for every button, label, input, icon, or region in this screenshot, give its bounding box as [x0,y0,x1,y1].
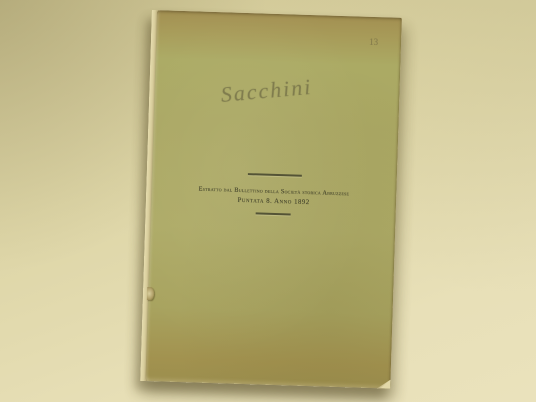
owner-signature: Sacchini [220,70,352,108]
edge-tear [147,287,154,300]
booklet-cover: Sacchini 13 Estratto dal Bullettino dell… [145,10,402,389]
imprint-line-2: Puntata 8. Anno 1892 [237,197,309,206]
imprint-line-1: Estratto dal Bullettino della Società st… [198,185,349,197]
imprint-rule-bottom [256,212,291,215]
imprint-block: Estratto dal Bullettino della Società st… [151,170,397,218]
pencil-mark: 13 [369,37,378,47]
booklet: Sacchini 13 Estratto dal Bullettino dell… [140,10,402,389]
imprint-rule-top [247,173,301,176]
corner-dogear [377,379,390,388]
